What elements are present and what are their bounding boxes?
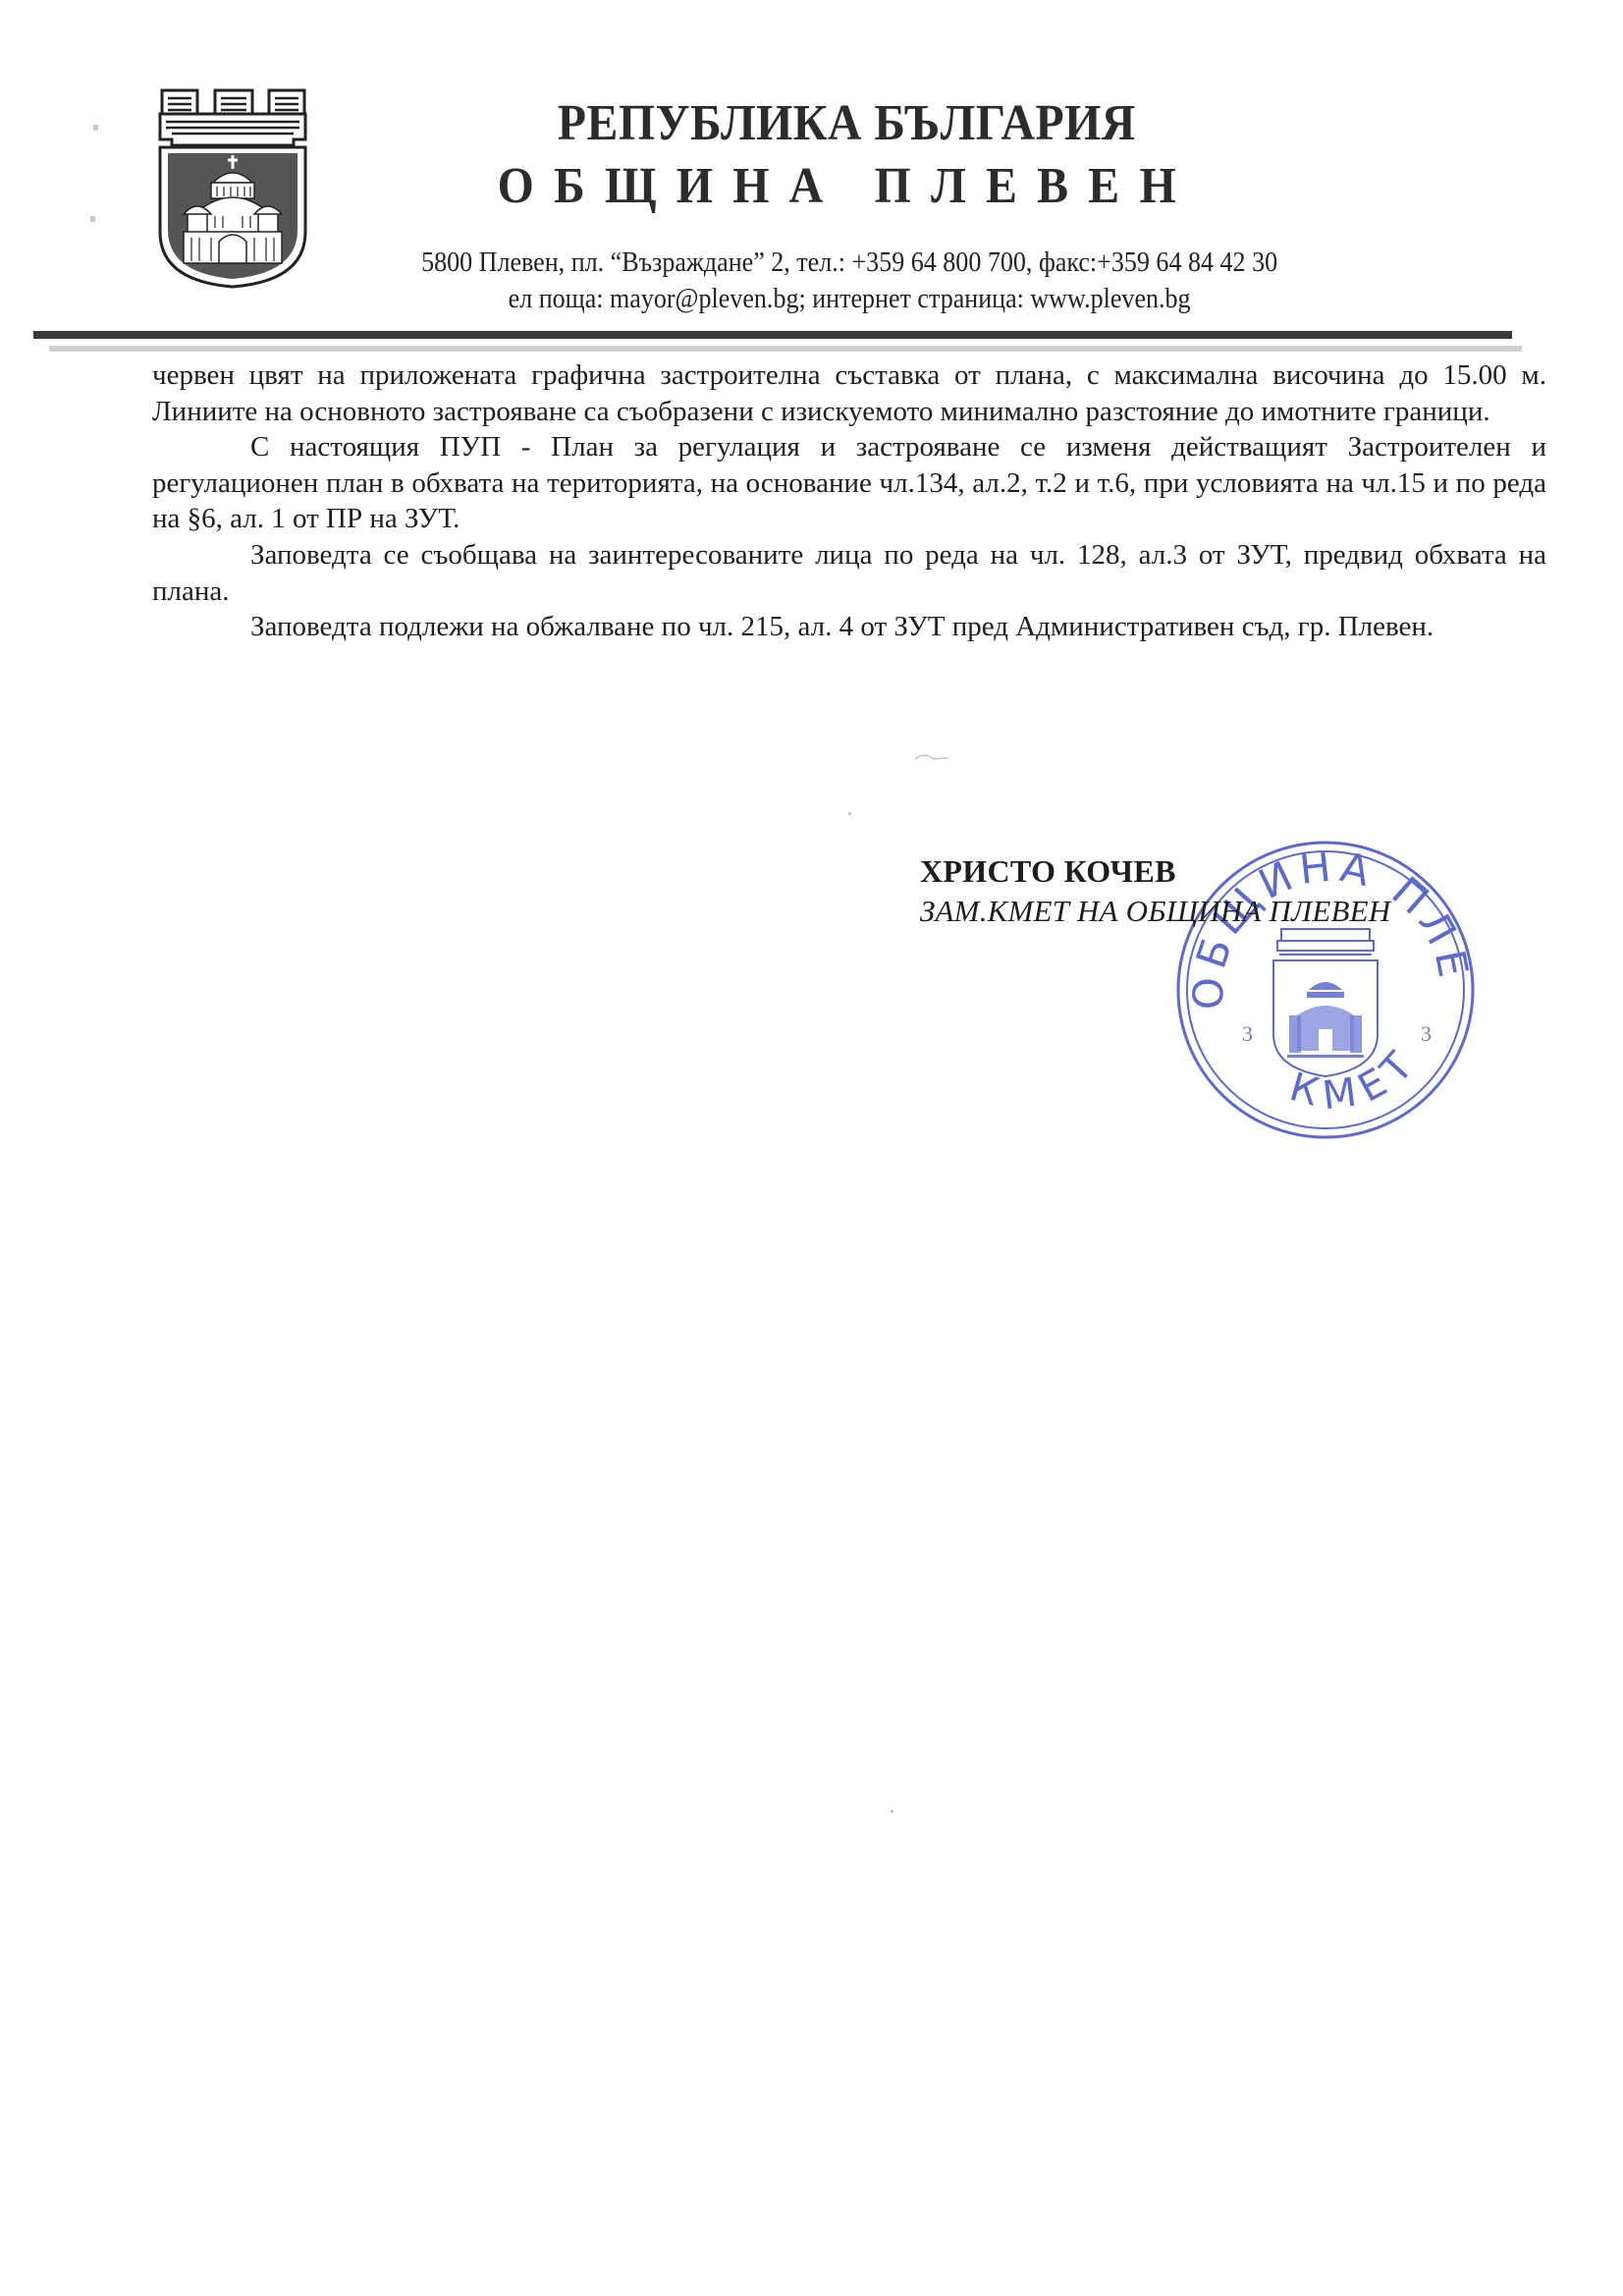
paragraph-appeal: Заповедта подлежи на обжалване по чл. 21… [152, 609, 1546, 645]
paragraph-notification: Заповедта се съобщава на заинтересованит… [152, 537, 1546, 609]
signatory-title: ЗАМ.КМЕТ НА ОБЩИНА ПЛЕВЕН [920, 894, 1390, 929]
paragraph-building-lines: червен цвят на приложената графична заст… [152, 357, 1546, 429]
header-address: 5800 Плевен, пл. “Възраждане” 2, тел.: +… [59, 247, 1568, 279]
header-divider [33, 331, 1512, 339]
document-body: червен цвят на приложената графична заст… [152, 357, 1546, 645]
signatory-name: ХРИСТО КОЧЕВ [920, 853, 1176, 890]
svg-text:3: 3 [1421, 1021, 1432, 1046]
header-title-municipality: ОБЩИНА ПЛЕВЕН [68, 157, 1561, 215]
header-title-republic: РЕПУБЛИКА БЪЛГАРИЯ [68, 94, 1561, 152]
scan-mark [90, 216, 95, 222]
header-divider-shadow [49, 346, 1522, 352]
svg-text:3: 3 [1242, 1021, 1253, 1046]
pen-mark [913, 751, 952, 763]
header-contact: ел поща: mayor@pleven.bg; интернет стран… [59, 284, 1568, 315]
official-seal-icon: ОБЩИНА ПЛЕВЕН КМЕТ 3 3 [1163, 823, 1488, 1147]
document-page: РЕПУБЛИКА БЪЛГАРИЯ ОБЩИНА ПЛЕВЕН 5800 Пл… [0, 0, 1623, 2296]
scan-speck [891, 1810, 893, 1813]
scan-speck [848, 812, 851, 815]
paragraph-plan-amendment: С настоящия ПУП - План за регулация и за… [152, 429, 1546, 537]
